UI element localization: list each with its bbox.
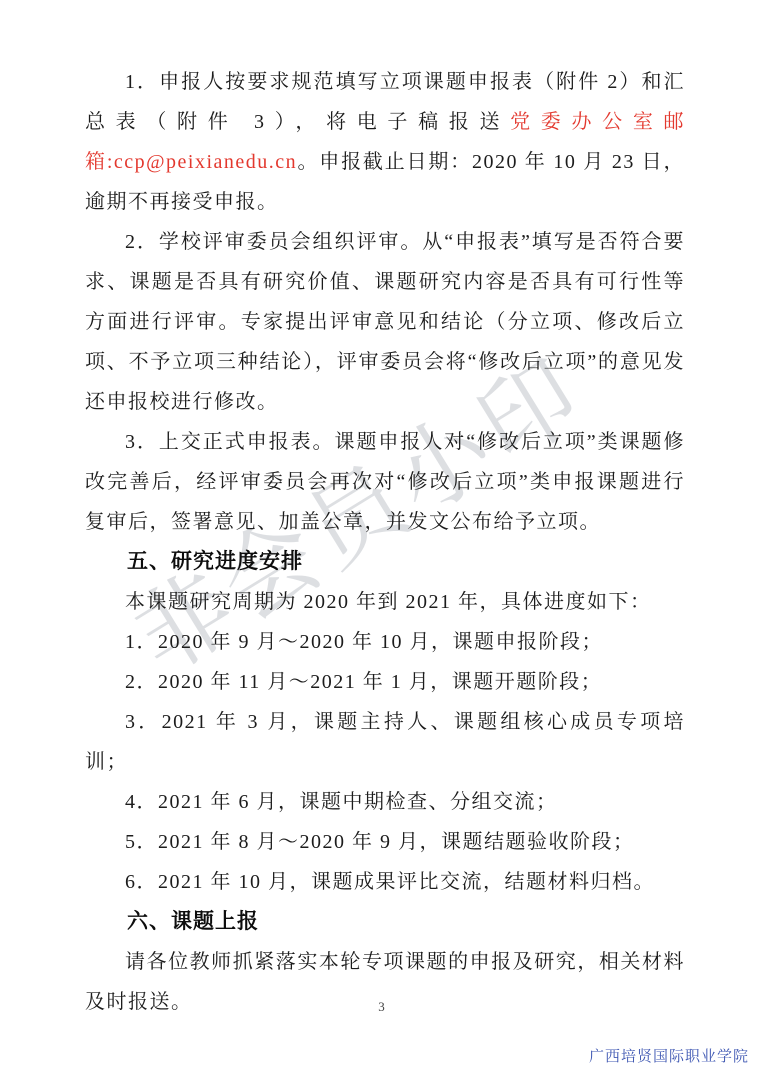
- section-heading-topic-reporting: 六、课题上报: [85, 902, 685, 942]
- paragraph-review-process: 2．学校评审委员会组织评审。从“申报表”填写是否符合要求、课题是否具有研究价值、…: [85, 222, 685, 422]
- document-page: 非会员小印 1．申报人按要求规范填写立项课题申报表（附件 2）和汇总表（附件 3…: [0, 0, 763, 1080]
- paragraph-application-submission: 1．申报人按要求规范填写立项课题申报表（附件 2）和汇总表（附件 3），将电子稿…: [85, 62, 685, 222]
- schedule-item-5: 5．2021 年 8 月～2020 年 9 月，课题结题验收阶段；: [85, 822, 685, 862]
- schedule-item-1: 1．2020 年 9 月～2020 年 10 月，课题申报阶段；: [85, 622, 685, 662]
- school-name-footer: 广西培贤国际职业学院: [589, 1045, 749, 1066]
- document-body: 1．申报人按要求规范填写立项课题申报表（附件 2）和汇总表（附件 3），将电子稿…: [85, 62, 685, 1022]
- page-number: 3: [0, 999, 763, 1015]
- schedule-item-3: 3．2021 年 3 月，课题主持人、课题组核心成员专项培训；: [85, 702, 685, 782]
- paragraph-formal-submission: 3．上交正式申报表。课题申报人对“修改后立项”类课题修改完善后，经评审委员会再次…: [85, 422, 685, 542]
- paragraph-schedule-intro: 本课题研究周期为 2020 年到 2021 年，具体进度如下：: [85, 582, 685, 622]
- schedule-item-4: 4．2021 年 6 月，课题中期检查、分组交流；: [85, 782, 685, 822]
- section-heading-research-schedule: 五、研究进度安排: [85, 542, 685, 582]
- schedule-item-2: 2．2020 年 11 月～2021 年 1 月，课题开题阶段；: [85, 662, 685, 702]
- schedule-item-6: 6．2021 年 10 月，课题成果评比交流，结题材料归档。: [85, 862, 685, 902]
